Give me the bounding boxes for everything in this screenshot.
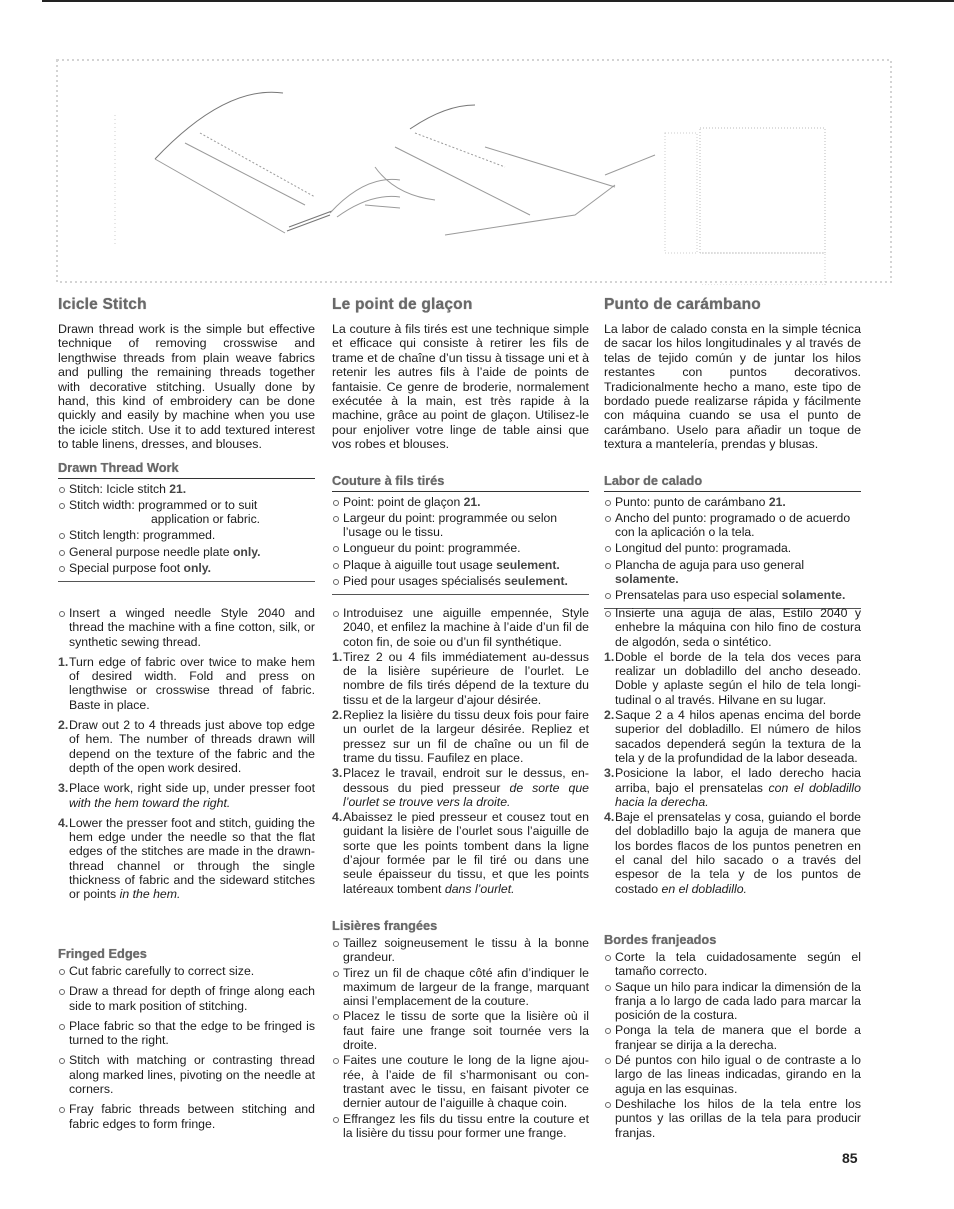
step-text: Repliez la lisière du tissu deux fois po… [343, 708, 589, 765]
intro-paragraph: La couture à fils tirés est une techniqu… [332, 322, 589, 452]
spec-list: Point: point de glaçon 21. Largeur du po… [332, 495, 589, 595]
spanish-instructions: Insierte una aguja de alas, Estilo 2040 … [604, 606, 861, 897]
subhead-labor-de-calado: Labor de calado [604, 473, 861, 492]
spec-text: Largeur du point: programmée ou selon l’… [343, 511, 557, 540]
spec-item: Largeur du point: programmée ou selon l’… [332, 511, 589, 540]
step-number: 3. [604, 766, 614, 780]
step-item: 3.Posicione la labor, el lado derecho ha… [604, 766, 861, 809]
fringe-item: Ponga la tela de manera que el borde a f… [604, 1023, 861, 1052]
spec-text: Ancho del punto: programado o de acuerdo… [615, 511, 850, 540]
spec-item: Stitch width: programmed or to suitappli… [58, 498, 315, 527]
spec-text: Prensatelas para uso especial [615, 588, 782, 602]
prep-paragraph: Insert a winged needle Style 2040 and th… [58, 606, 315, 649]
spec-item: Plancha de aguja para uso general solame… [604, 558, 861, 587]
steps-list: 1.Turn edge of fabric over twice to make… [58, 655, 315, 902]
step-number: 4. [58, 816, 68, 830]
fringe-item: Corte la tela cuidadosamente según el ta… [604, 950, 861, 979]
french-fringed-edges: Lisières frangées Taillez soigneusement … [332, 918, 589, 1141]
step-number: 2. [58, 718, 68, 732]
step-item: 1.Tirez 2 ou 4 fils immédiatement au-des… [332, 650, 589, 707]
step-number: 1. [604, 650, 614, 664]
subhead-couture-fils-tires: Couture à fils tirés [332, 473, 589, 492]
spec-text: Punto: punto de carámbano [615, 495, 769, 509]
step-number: 4. [604, 810, 614, 824]
subhead-fringed-edges: Fringed Edges [58, 946, 315, 961]
step-text: Turn edge of fabric over twice to make h… [69, 655, 315, 712]
spec-bold: seulement. [504, 574, 568, 588]
step-text: Tirez 2 ou 4 fils immédiatement au-dessu… [343, 650, 589, 707]
subhead-drawn-thread-work: Drawn Thread Work [58, 460, 315, 479]
fringe-item: Stitch with matching or contrasting thre… [58, 1053, 315, 1096]
fringe-list: Corte la tela cuidadosamente según el ta… [604, 950, 861, 1140]
step-number: 1. [58, 655, 68, 669]
fringe-item: Dé puntos con hilo igual o de contraste … [604, 1053, 861, 1096]
spec-text: Stitch: Icicle stitch [69, 482, 169, 496]
spec-list: Punto: punto de carámbano 21. Ancho del … [604, 495, 861, 610]
spec-text: Plancha de aguja para uso general [615, 558, 804, 572]
spec-bold: 21. [464, 495, 481, 509]
step-item: 4.Abaissez le pied presseur et cousez to… [332, 810, 589, 896]
spec-text: Special purpose foot [69, 561, 184, 575]
spec-bold: solamente. [615, 572, 679, 586]
step-text: Place work, right side up, under presser… [69, 781, 315, 795]
spanish-fringed-edges: Bordes franjeados Corte la tela cuidados… [604, 932, 861, 1141]
step-item: 2.Draw out 2 to 4 threads just above top… [58, 718, 315, 775]
step-number: 3. [332, 766, 342, 780]
step-item: 2.Saque 2 a 4 hilos apenas encima del bo… [604, 708, 861, 765]
english-instructions: Insert a winged needle Style 2040 and th… [58, 606, 315, 908]
step-item: 3.Placez le travail, endroit sur le dess… [332, 766, 589, 809]
spec-item: Point: point de glaçon 21. [332, 495, 589, 510]
section-title: Punto de carámbano [604, 296, 861, 316]
spec-continuation: application or fabric. [69, 512, 315, 527]
english-column: Icicle Stitch Drawn thread work is the s… [58, 296, 315, 582]
spec-item: General purpose needle plate only. [58, 545, 315, 560]
spec-item: Special purpose foot only. [58, 561, 315, 576]
spanish-column: Punto de carámbano La labor de calado co… [604, 296, 861, 609]
step-item: 1.Doble el borde de la tela dos veces pa… [604, 650, 861, 707]
step-item: 4.Lower the presser foot and stitch, gui… [58, 816, 315, 902]
spec-text: Stitch length: programmed. [69, 528, 215, 542]
step-item: 1.Turn edge of fabric over twice to make… [58, 655, 315, 712]
step-emphasis: dans l’ourlet. [445, 882, 515, 896]
step-text: Doble el borde de la tela dos veces para… [615, 650, 861, 707]
step-item: 2.Repliez la lisière du tissu deux fois … [332, 708, 589, 765]
spec-item: Stitch length: programmed. [58, 528, 315, 543]
intro-paragraph: Drawn thread work is the simple but effe… [58, 322, 315, 452]
spec-text: Longueur du point: programmée. [343, 541, 521, 555]
step-number: 4. [332, 810, 342, 824]
step-number: 1. [332, 650, 342, 664]
spec-text: General purpose needle plate [69, 545, 233, 559]
section-title: Le point de glaçon [332, 296, 589, 316]
spec-bold: only. [184, 561, 212, 575]
steps-list: 1.Doble el borde de la tela dos veces pa… [604, 650, 861, 896]
step-number: 2. [604, 708, 614, 722]
english-fringed-edges: Fringed Edges Cut fabric carefully to co… [58, 946, 315, 1137]
top-rule [42, 0, 954, 2]
spec-item: Prensatelas para uso especial solamente. [604, 588, 861, 603]
fringe-list: Taillez soigneusement le tissu à la bonn… [332, 936, 589, 1140]
subhead-lisieres-frangees: Lisières frangées [332, 918, 589, 933]
intro-paragraph: La labor de calado consta en la simple t… [604, 322, 861, 452]
spec-list: Stitch: Icicle stitch 21. Stitch width: … [58, 482, 315, 582]
steps-list: 1.Tirez 2 ou 4 fils immédiatement au-des… [332, 650, 589, 896]
fringe-item: Place fabric so that the edge to be frin… [58, 1019, 315, 1048]
section-title: Icicle Stitch [58, 296, 315, 316]
fringe-list: Cut fabric carefully to correct size. Dr… [58, 964, 315, 1131]
step-text: Draw out 2 to 4 threads just above top e… [69, 718, 315, 775]
fringe-item: Effrangez les fils du tissu entre la cou… [332, 1112, 589, 1141]
step-text: Lower the presser foot and stitch, guidi… [69, 816, 315, 901]
step-item: 3.Place work, right side up, under press… [58, 781, 315, 810]
fringe-item: Saque un hilo para indicar la dimensión … [604, 980, 861, 1023]
fabric-drawing-icon [55, 55, 895, 285]
step-emphasis: in the hem. [120, 887, 181, 901]
spec-bold: 21. [769, 495, 786, 509]
page-number: 85 [842, 1150, 858, 1166]
spec-text: Point: point de glaçon [343, 495, 464, 509]
step-number: 2. [332, 708, 342, 722]
spec-item: Ancho del punto: programado o de acuerdo… [604, 511, 861, 540]
spec-item: Longitud del punto: programada. [604, 541, 861, 556]
step-number: 3. [58, 781, 68, 795]
prep-paragraph: Insierte una aguja de alas, Estilo 2040 … [604, 606, 861, 649]
step-text: Saque 2 a 4 hilos apenas encima del bord… [615, 708, 861, 765]
spec-text: Plaque à aiguille tout usage [343, 558, 496, 572]
fringe-item: Placez le tissu de sorte que la lisière … [332, 1009, 589, 1052]
spec-item: Plaque à aiguille tout usage seulement. [332, 558, 589, 573]
spec-bold: 21. [169, 482, 186, 496]
fringe-item: Faites une couture le long de la ligne a… [332, 1053, 589, 1110]
step-emphasis: en el dobladillo. [662, 882, 747, 896]
step-emphasis: with the hem toward the right. [69, 796, 230, 810]
spec-bold: solamente. [782, 588, 846, 602]
spec-bold: seulement. [496, 558, 560, 572]
step-item: 4.Baje el prensatelas y cosa, guiando el… [604, 810, 861, 896]
fringe-item: Tirez un fil de chaque côté afin d’indiq… [332, 966, 589, 1009]
prep-paragraph: Introduisez une aiguille empennée, Style… [332, 606, 589, 649]
spec-text: Stitch width: programmed or to suit [69, 498, 257, 512]
fringe-item: Cut fabric carefully to correct size. [58, 964, 315, 978]
french-column: Le point de glaçon La couture à fils tir… [332, 296, 589, 595]
fringe-item: Taillez soigneusement le tissu à la bonn… [332, 936, 589, 965]
spec-bold: only. [233, 545, 261, 559]
french-instructions: Introduisez une aiguille empennée, Style… [332, 606, 589, 897]
subhead-bordes-franjeados: Bordes franjeados [604, 932, 861, 947]
spec-text: Pied pour usages spécialisés [343, 574, 504, 588]
fringe-item: Deshilache los hilos de la tela entre lo… [604, 1097, 861, 1140]
spec-item: Punto: punto de carámbano 21. [604, 495, 861, 510]
fringe-item: Fray fabric threads between stitching an… [58, 1102, 315, 1131]
spec-item: Pied pour usages spécialisés seulement. [332, 574, 589, 589]
sewing-illustration [55, 55, 895, 285]
fringe-item: Draw a thread for depth of fringe along … [58, 984, 315, 1013]
spec-item: Longueur du point: programmée. [332, 541, 589, 556]
spec-item: Stitch: Icicle stitch 21. [58, 482, 315, 497]
spec-text: Longitud del punto: programada. [615, 541, 791, 555]
